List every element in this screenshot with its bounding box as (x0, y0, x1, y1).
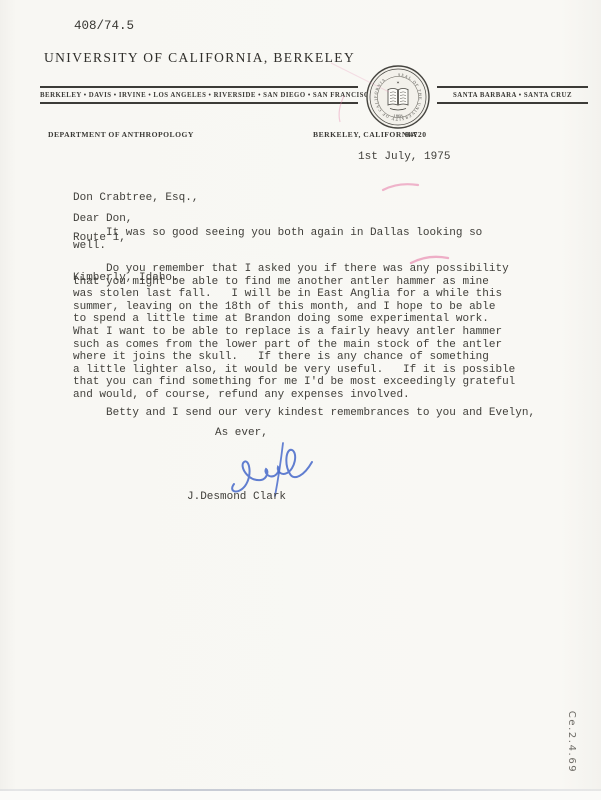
closing-line: Betty and I send our very kindest rememb… (73, 407, 535, 420)
seal-star-icon: ✶ (396, 80, 399, 86)
salutation: Dear Don, (73, 213, 132, 226)
letterhead-zip: 94720 (405, 130, 426, 139)
paragraph-1: It was so good seeing you both again in … (73, 227, 482, 252)
signed-name: J.Desmond Clark (187, 491, 286, 504)
uc-seal-icon: SEAL OF THE UNIVERSITY OF CALIFORNIA ✶ 1… (365, 64, 431, 130)
seal-year: 1868 (393, 114, 403, 119)
department-name: DEPARTMENT OF ANTHROPOLOGY (48, 130, 194, 139)
letterhead-campuses-left: BERKELEY • DAVIS • IRVINE • LOS ANGELES … (40, 86, 358, 104)
letterhead-campuses-right: SANTA BARBARA • SANTA CRUZ (437, 86, 588, 104)
scan-edge-margin (0, 791, 601, 800)
paragraph-2: Do you remember that I asked you if ther… (73, 263, 515, 402)
letterhead-city: BERKELEY, CALIFORNIA (313, 130, 417, 139)
archival-side-number: Ce.2.4.69 (563, 694, 577, 790)
letter-date: 1st July, 1975 (358, 151, 450, 164)
archival-number: 408/74.5 (74, 20, 134, 33)
recipient-line-1: Don Crabtree, Esq., (73, 192, 198, 205)
letterhead-university-title: UNIVERSITY OF CALIFORNIA, BERKELEY (44, 50, 355, 66)
scanned-letter-page: 408/74.5 UNIVERSITY OF CALIFORNIA, BERKE… (0, 0, 601, 800)
valediction: As ever, (215, 427, 268, 440)
